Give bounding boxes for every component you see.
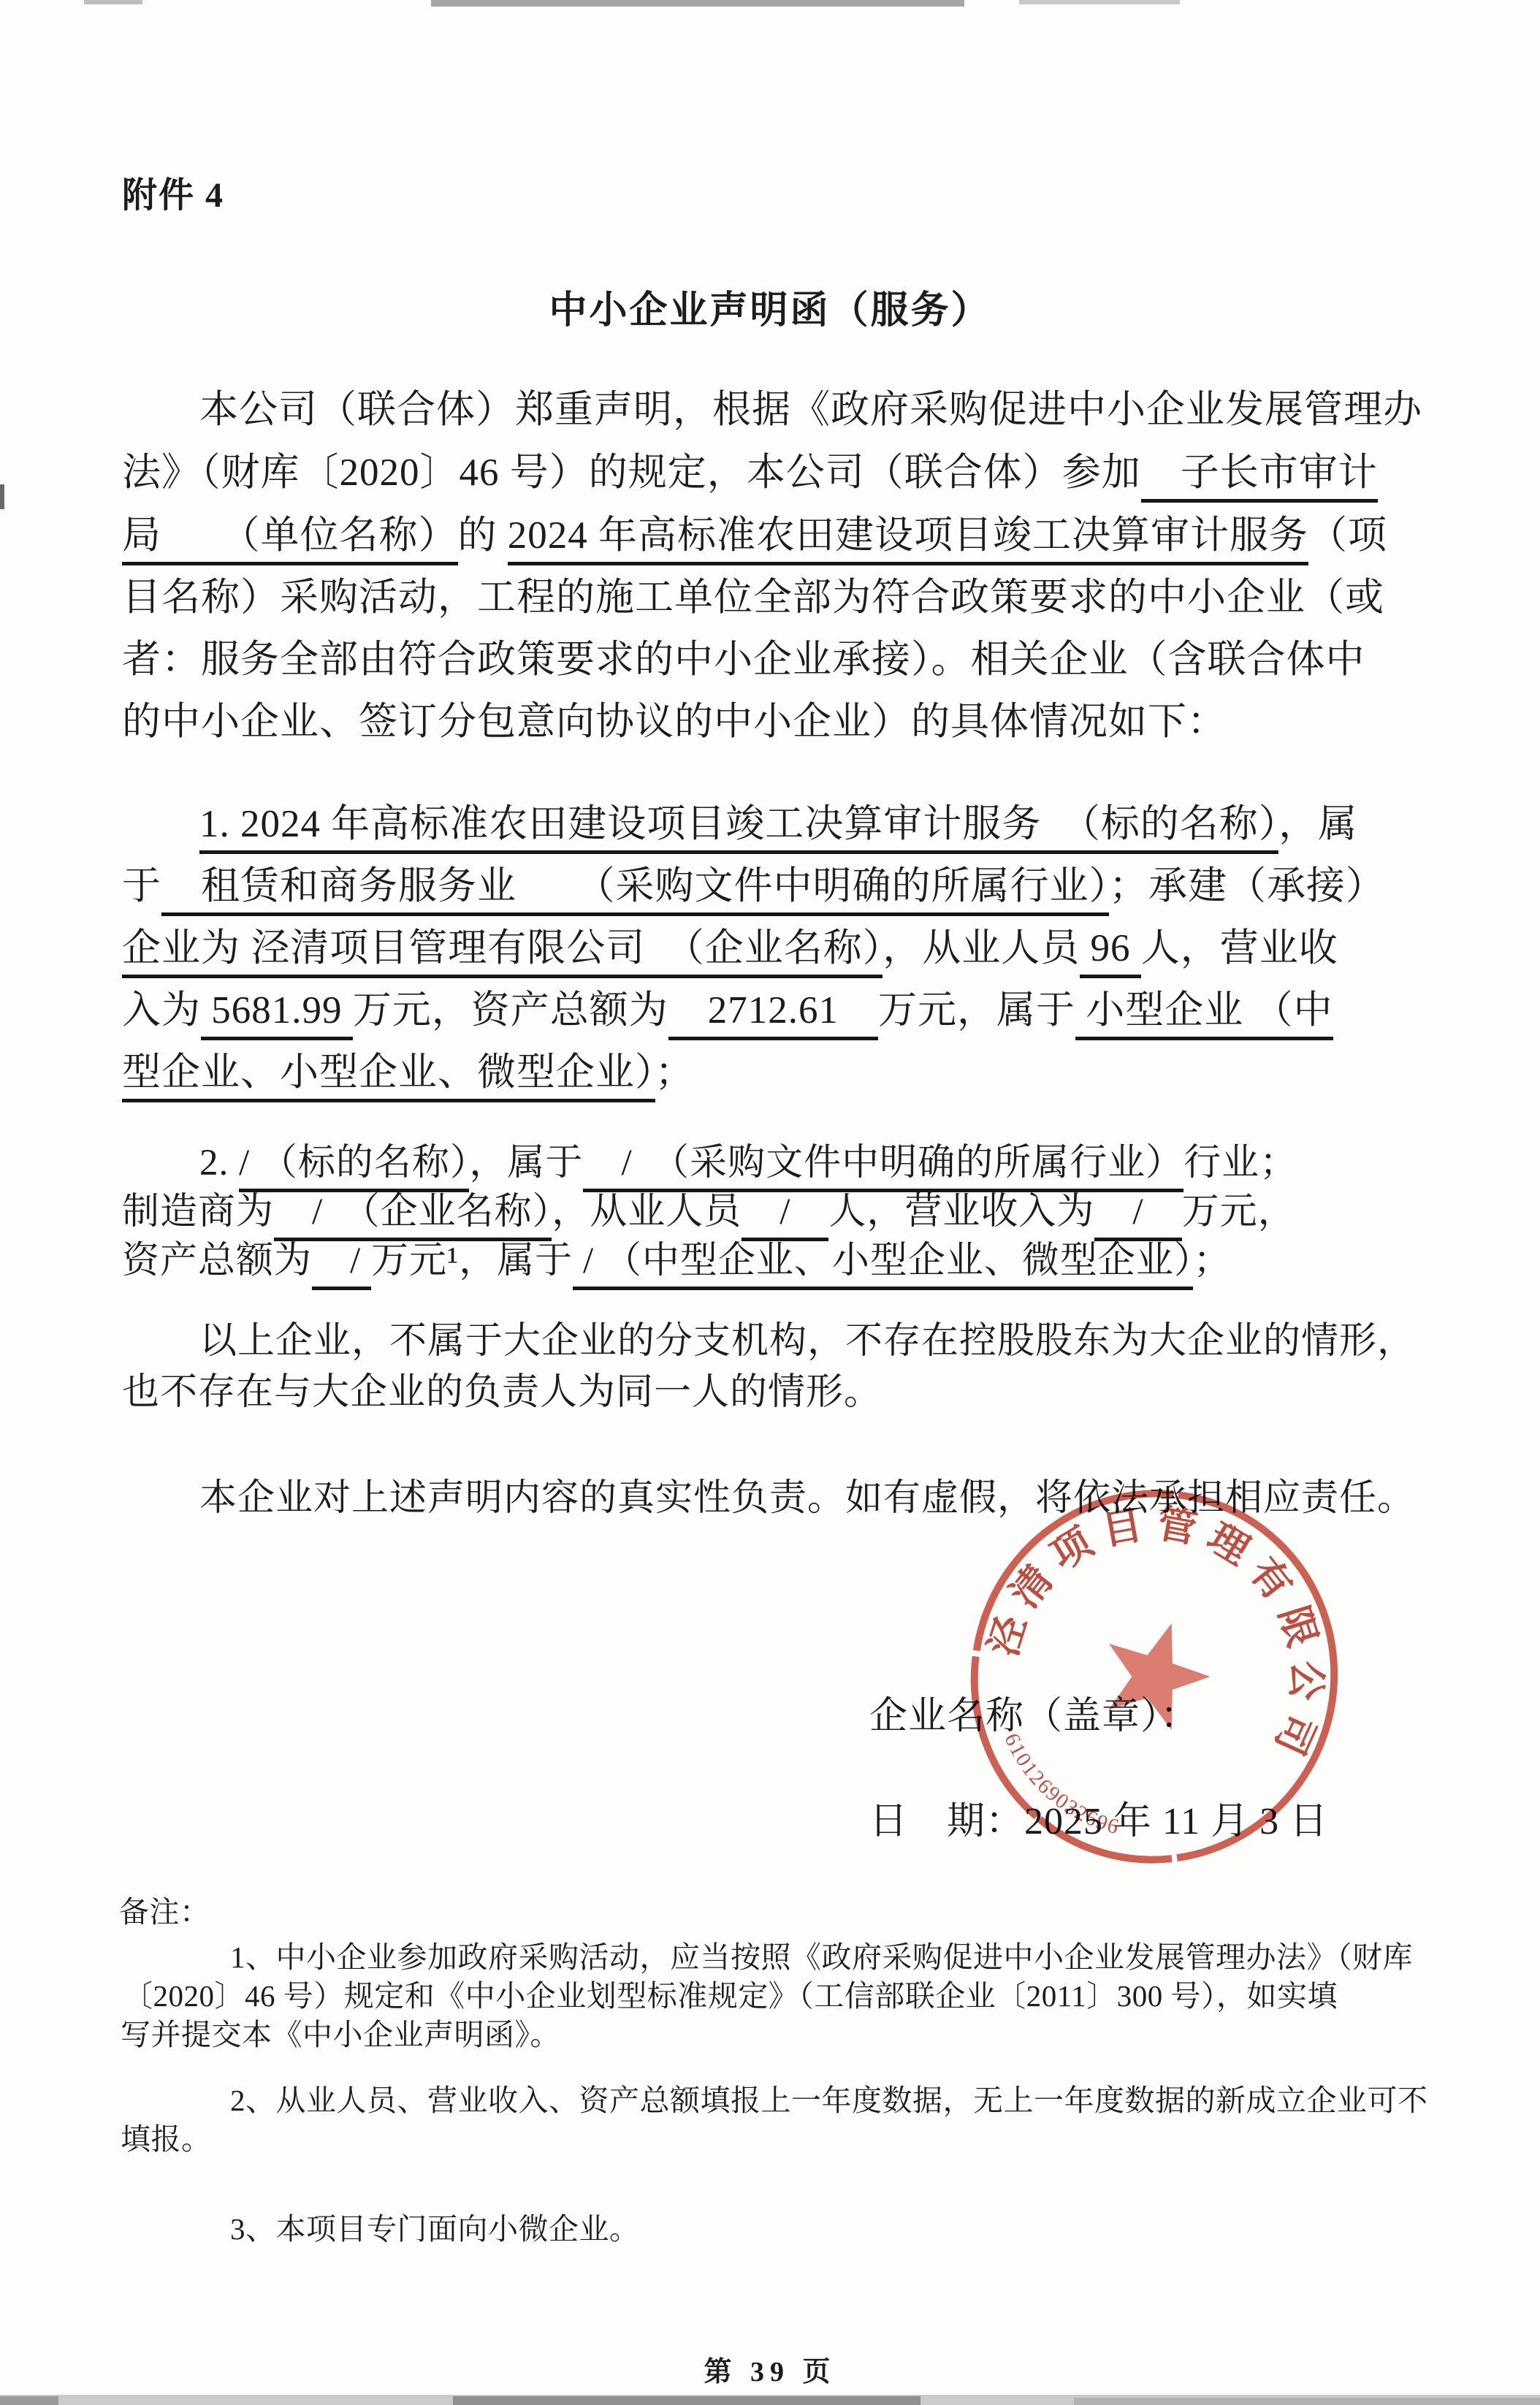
scan-artifact-bottom — [1074, 2398, 1540, 2405]
text-line: 目名称）采购活动，工程的施工单位全部为符合政策要求的中小企业（或 — [122, 576, 1384, 620]
filled-blank: 租赁和商务服务业 （采购文件中明确的所属行业） — [161, 865, 1109, 916]
text-segment: 万元， — [1182, 1192, 1296, 1232]
empty-blank: / （标的名称） — [239, 1143, 469, 1192]
text-segment: 人，营业收 — [1141, 927, 1338, 969]
scan-artifact-left — [0, 484, 4, 509]
text-segment: 者：服务全部由符合政策要求的中小企业承接）。相关企业（含联合体中 — [122, 639, 1365, 681]
filled-blank: 企业为 泾清项目管理有限公司 （企业名称） — [122, 927, 883, 978]
text-segment: ，从业人员 — [883, 927, 1080, 969]
text-segment: ； — [1193, 1240, 1231, 1281]
note-line: 2、从业人员、营业收入、资产总额填报上一年度数据，无上一年度数据的新成立企业可不 — [230, 2076, 1428, 2119]
text-segment: 于 — [122, 865, 161, 907]
empty-blank: / （企业名称） — [274, 1192, 552, 1241]
filled-blank: 96 — [1080, 927, 1141, 978]
company-name-label: 企业名称（盖章）： — [869, 1685, 1199, 1739]
text-segment: 本公司（联合体）郑重声明，根据《政府采购促进中小企业发展管理办 — [199, 389, 1422, 431]
text-segment: 目名称）采购活动，工程的施工单位全部为符合政策要求的中小企业（或 — [122, 576, 1384, 619]
text-line: 者：服务全部由符合政策要求的中小企业承接）。相关企业（含联合体中 — [122, 638, 1365, 682]
note-line: 写并提交本《中小企业声明函》。 — [121, 2010, 560, 2054]
text-line: 的中小企业、签订分包意向协议的中小企业）的具体情况如下： — [122, 700, 1227, 744]
note-line: 1、中小企业参加政府采购活动，应当按照《政府采购促进中小企业发展管理办法》（财库 — [230, 1933, 1413, 1976]
document-page: 附件 4 中小企业声明函（服务） 本公司（联合体）郑重声明，根据《政府采购促进中… — [0, 0, 1540, 2405]
text-segment: 制造商为 — [122, 1192, 274, 1232]
notes-label: 备注： — [119, 1888, 210, 1931]
scan-artifact-bottom — [453, 2396, 920, 2405]
text-segment: 入为 — [122, 989, 201, 1032]
filled-blank: 子长市审计 — [1141, 451, 1378, 503]
text-segment: ；承建（承接） — [1109, 865, 1385, 907]
filled-blank: 型企业、小型企业、微型企业） — [122, 1051, 655, 1102]
text-line: 入为 5681.99 万元，资产总额为 2712.61 万元，属于 小型企业 （… — [122, 988, 1333, 1032]
empty-blank: / （中型企业、小型企业、微型企业） — [573, 1240, 1193, 1290]
empty-blank: / — [742, 1192, 828, 1241]
filled-blank: 2024 年高标准农田建设项目竣工决算审计服务 — [508, 514, 1308, 565]
text-line: 企业为 泾清项目管理有限公司 （企业名称），从业人员 96 人，营业收 — [122, 926, 1338, 970]
text-segment: 行业； — [1183, 1143, 1297, 1184]
text-line: 资产总额为 / 万元¹，属于 / （中型企业、小型企业、微型企业）； — [122, 1239, 1231, 1283]
page-title: 中小企业声明函（服务） — [0, 279, 1540, 334]
text-segment: 的 — [458, 514, 508, 557]
text-line: 也不存在与大企业的负责人为同一人的情形。 — [122, 1371, 882, 1414]
text-line: 于 租赁和商务服务业 （采购文件中明确的所属行业）；承建（承接） — [122, 864, 1385, 908]
text-line: 本公司（联合体）郑重声明，根据《政府采购促进中小企业发展管理办 — [122, 388, 1422, 432]
text-segment: 2. — [199, 1143, 239, 1184]
text-segment: ； — [655, 1051, 695, 1094]
text-line: 2. / （标的名称），属于 / （采购文件中明确的所属行业）行业； — [122, 1141, 1297, 1185]
filled-blank: 1. 2024 年高标准农田建设项目竣工决算审计服务 （标的名称） — [199, 803, 1278, 854]
text-segment: 万元¹，属于 — [371, 1240, 573, 1281]
scan-artifact-top — [431, 0, 964, 7]
text-segment: ，属 — [1278, 803, 1357, 845]
text-line: 型企业、小型企业、微型企业）； — [122, 1051, 695, 1094]
empty-blank: / — [1094, 1192, 1181, 1241]
text-segment: 以上企业，不属于大企业的分支机构，不存在控股股东为大企业的情形， — [199, 1321, 1415, 1362]
note-line: 〔2020〕46 号）规定和《中小企业划型标准规定》（工信部联企业〔2011〕3… — [123, 1972, 1338, 2015]
text-segment: ，从业人员 — [552, 1192, 742, 1232]
empty-blank: / （采购文件中明确的所属行业） — [583, 1143, 1183, 1192]
text-segment: 本企业对上述声明内容的真实性负责。如有虚假，将依法承担相应责任。 — [199, 1478, 1415, 1519]
text-segment: 万元，资产总额为 — [353, 989, 668, 1032]
filled-blank: 2712.61 — [668, 989, 878, 1040]
text-segment: 人，营业收入为 — [828, 1192, 1094, 1232]
text-segment: ，属于 — [469, 1143, 583, 1184]
filled-blank: 局 （单位名称） — [122, 514, 458, 565]
note-line: 3、本项目专门面向小微企业。 — [230, 2205, 640, 2248]
text-segment: 法》（财库〔2020〕46 号）的规定，本公司（联合体）参加 — [122, 451, 1141, 494]
text-segment: （项 — [1308, 514, 1387, 557]
text-line: 法》（财库〔2020〕46 号）的规定，本公司（联合体）参加 子长市审计 — [122, 451, 1378, 495]
scan-artifact-top — [1019, 0, 1180, 4]
scan-artifact-top — [84, 0, 142, 4]
text-line: 制造商为 / （企业名称），从业人员 / 人，营业收入为 / 万元， — [122, 1190, 1296, 1234]
text-line: 以上企业，不属于大企业的分支机构，不存在控股股东为大企业的情形， — [122, 1319, 1415, 1363]
scan-artifact-bottom — [0, 2396, 58, 2405]
filled-blank: 小型企业 （中 — [1075, 989, 1333, 1040]
text-line: 局 （单位名称）的 2024 年高标准农田建设项目竣工决算审计服务（项 — [122, 514, 1387, 557]
date-line: 日 期：2025 年 11 月 3 日 — [869, 1790, 1328, 1845]
text-segment: 万元，属于 — [878, 989, 1075, 1032]
text-segment: 资产总额为 — [122, 1240, 312, 1281]
empty-blank: / — [312, 1240, 371, 1290]
filled-blank: 5681.99 — [201, 989, 353, 1040]
text-line: 1. 2024 年高标准农田建设项目竣工决算审计服务 （标的名称），属 — [122, 802, 1357, 846]
text-line: 本企业对上述声明内容的真实性负责。如有虚假，将依法承担相应责任。 — [122, 1476, 1415, 1520]
page-number: 第 39 页 — [0, 2349, 1540, 2389]
text-segment: 也不存在与大企业的负责人为同一人的情形。 — [122, 1372, 882, 1413]
attachment-label: 附件 4 — [122, 167, 224, 217]
note-line: 填报。 — [121, 2115, 212, 2158]
text-segment: 的中小企业、签订分包意向协议的中小企业）的具体情况如下： — [122, 701, 1227, 743]
